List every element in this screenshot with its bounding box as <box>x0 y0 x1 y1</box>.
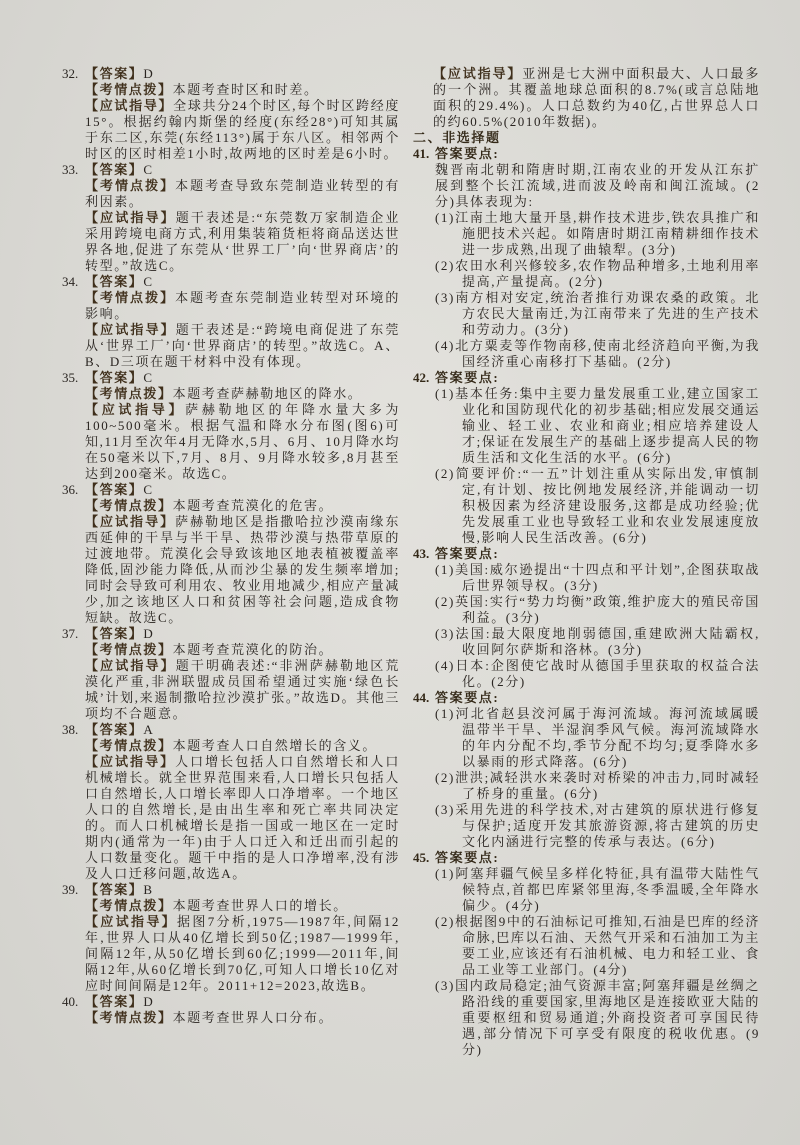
item-number: 45. <box>413 850 429 866</box>
answer-point: (1)河北省赵县洨河属于海河流域。海河流域属暖温带半干旱、半湿润季风气候。海河流… <box>435 706 760 770</box>
exam-point-label: 【考情点拨】 <box>85 82 173 97</box>
item-number: 32. <box>62 66 78 82</box>
exam-point-line: 【考情点拨】本题考查世界人口的增长。 <box>85 898 400 914</box>
exam-point-line: 【考情点拨】本题考查荒漠化的危害。 <box>85 498 400 514</box>
item-number: 35. <box>62 370 78 386</box>
answer-intro: 魏晋南北朝和隋唐时期,江南农业的开发从江东扩展到整个长江流域,进而波及岭南和闽江… <box>435 162 760 210</box>
answer-letter: C <box>143 482 153 497</box>
guidance-label: 【应试指导】 <box>85 402 185 417</box>
answer-point: (2)泄洪;减轻洪水来袭时对桥梁的冲击力,同时减轻了桥身的重量。(6分) <box>435 770 760 802</box>
item-number: 41. <box>413 146 429 162</box>
exam-point-text: 本题考查荒漠化的危害。 <box>173 498 334 513</box>
exam-point-line: 【考情点拨】本题考查时区和时差。 <box>85 82 400 98</box>
answer-label: 【答案】 <box>85 994 143 1009</box>
answer-letter: B <box>143 882 153 897</box>
right-column: 【应试指导】亚洲是七大洲中面积最大、人口最多的一个洲。其覆盖地球总面积的8.7%… <box>413 66 760 1058</box>
guidance-continuation: 【应试指导】亚洲是七大洲中面积最大、人口最多的一个洲。其覆盖地球总面积的8.7%… <box>413 66 760 130</box>
answer-point: (1)美国:威尔逊提出“十四点和平计划”,企图获取战后世界领导权。(3分) <box>435 562 760 594</box>
guidance-text: 人口增长包括人口自然增长和人口机械增长。就全世界范围来看,人口增长只包括人口自然… <box>85 754 400 881</box>
exam-point-label: 【考情点拨】 <box>85 290 175 305</box>
answer-line: 【答案】A <box>85 722 400 738</box>
answer-letter: C <box>143 162 153 177</box>
answer-point: (1)基本任务:集中主要力量发展重工业,建立国家工业化和国防现代化的初步基础;相… <box>435 386 760 466</box>
scanned-answer-key-page: 32. 【答案】D 【考情点拨】本题考查时区和时差。 【应试指导】全球共分24个… <box>0 0 800 1145</box>
item-number: 43. <box>413 546 429 562</box>
guidance-label: 【应试指导】 <box>85 658 176 673</box>
answer-letter: A <box>143 722 154 737</box>
key-points-heading: 答案要点: <box>435 690 499 705</box>
exam-point-text: 本题考查荒漠化的防治。 <box>173 642 334 657</box>
exam-point-text: 本题考查世界人口分布。 <box>173 1010 334 1025</box>
exam-point-line: 【考情点拨】本题考查萨赫勒地区的降水。 <box>85 386 400 402</box>
answer-line: 【答案】D <box>85 994 400 1010</box>
answer-line: 【答案】C <box>85 370 400 386</box>
answer-item-43: 43. 答案要点: (1)美国:威尔逊提出“十四点和平计划”,企图获取战后世界领… <box>413 546 760 690</box>
answer-point: (4)日本:企图使它战时从德国手里获取的权益合法化。(2分) <box>435 658 760 690</box>
guidance-label: 【应试指导】 <box>433 66 522 81</box>
guidance-line: 【应试指导】全球共分24个时区,每个时区跨经度15°。根据约翰内斯堡的经度(东经… <box>85 98 400 162</box>
answer-line: 【答案】C <box>85 482 400 498</box>
answer-item-38: 38. 【答案】A 【考情点拨】本题考查人口自然增长的含义。 【应试指导】人口增… <box>62 722 400 882</box>
exam-point-line: 【考情点拨】本题考查荒漠化的防治。 <box>85 642 400 658</box>
guidance-text: 萨赫勒地区是指撒哈拉沙漠南缘东西延伸的干旱与半干旱、热带沙漠与热带草原的过渡地带… <box>85 514 400 625</box>
exam-point-line: 【考情点拨】本题考查人口自然增长的含义。 <box>85 738 400 754</box>
answer-letter: C <box>143 370 153 385</box>
answer-label: 【答案】 <box>85 482 143 497</box>
answer-letter: D <box>143 66 154 81</box>
answer-point: (3)法国:最大限度地削弱德国,重建欧洲大陆霸权,收回阿尔萨斯和洛林。(3分) <box>435 626 760 658</box>
answer-point: (1)阿塞拜疆气候呈多样化特征,具有温带大陆性气候特点,首都巴库紧邻里海,冬季温… <box>435 866 760 914</box>
guidance-label: 【应试指导】 <box>85 98 173 113</box>
guidance-line: 【应试指导】题干明确表述:“非洲萨赫勒地区荒漠化严重,非洲联盟成员国希望通过实施… <box>85 658 400 722</box>
guidance-line: 【应试指导】人口增长包括人口自然增长和人口机械增长。就全世界范围来看,人口增长只… <box>85 754 400 882</box>
answer-label: 【答案】 <box>85 274 143 289</box>
answer-item-36: 36. 【答案】C 【考情点拨】本题考查荒漠化的危害。 【应试指导】萨赫勒地区是… <box>62 482 400 626</box>
answer-letter: D <box>143 994 154 1009</box>
exam-point-label: 【考情点拨】 <box>85 498 173 513</box>
guidance-line: 【应试指导】题干表述是:“跨境电商促进了东莞从‘世界工厂’向‘世界商店’的转型。… <box>85 322 400 370</box>
guidance-label: 【应试指导】 <box>85 754 175 769</box>
exam-point-label: 【考情点拨】 <box>85 386 173 401</box>
exam-point-label: 【考情点拨】 <box>85 178 175 193</box>
answer-point: (2)根据图9中的石油标记可推知,石油是巴库的经济命脉,巴库以石油、天然气开采和… <box>435 914 760 978</box>
item-number: 44. <box>413 690 429 706</box>
guidance-label: 【应试指导】 <box>85 914 177 929</box>
exam-point-line: 【考情点拨】本题考查世界人口分布。 <box>85 1010 400 1026</box>
answer-item-41: 41. 答案要点: 魏晋南北朝和隋唐时期,江南农业的开发从江东扩展到整个长江流域… <box>413 146 760 370</box>
answer-item-40: 40. 【答案】D 【考情点拨】本题考查世界人口分布。 <box>62 994 400 1026</box>
left-column: 32. 【答案】D 【考情点拨】本题考查时区和时差。 【应试指导】全球共分24个… <box>62 66 400 1026</box>
answer-point: (3)采用先进的科学技术,对古建筑的原状进行修复与保护;适度开发其旅游资源,将古… <box>435 802 760 850</box>
answer-point: (2)英国:实行“势力均衡”政策,维护庞大的殖民帝国利益。(3分) <box>435 594 760 626</box>
answer-label: 【答案】 <box>85 722 143 737</box>
item-number: 37. <box>62 626 78 642</box>
exam-point-text: 本题考查人口自然增长的含义。 <box>173 738 377 753</box>
answer-label: 【答案】 <box>85 882 143 897</box>
guidance-label: 【应试指导】 <box>85 322 176 337</box>
guidance-line: 【应试指导】据图7分析,1975—1987年,间隔12年,世界人口从40亿增长到… <box>85 914 400 994</box>
answer-point: (2)简要评价:“一五”计划注重从实际出发,审慎制定,有计划、按比例地发展经济,… <box>435 466 760 546</box>
guidance-label: 【应试指导】 <box>85 210 176 225</box>
answer-label: 【答案】 <box>85 162 143 177</box>
answer-label: 【答案】 <box>85 370 143 385</box>
answer-item-37: 37. 【答案】D 【考情点拨】本题考查荒漠化的防治。 【应试指导】题干明确表述… <box>62 626 400 722</box>
key-points-heading: 答案要点: <box>435 850 499 865</box>
exam-point-label: 【考情点拨】 <box>85 642 173 657</box>
answer-line: 【答案】C <box>85 274 400 290</box>
answer-letter: C <box>143 274 153 289</box>
guidance-line: 【应试指导】萨赫勒地区的年降水量大多为100~500毫米。根据气温和降水分布图(… <box>85 402 400 482</box>
answer-label: 【答案】 <box>85 626 143 641</box>
item-number: 40. <box>62 994 78 1010</box>
answer-point: (3)国内政局稳定;油气资源丰富;阿塞拜疆是丝绸之路沿线的重要国家,里海地区是连… <box>435 978 760 1058</box>
exam-point-label: 【考情点拨】 <box>85 898 173 913</box>
answer-point: (4)北方粟麦等作物南移,使南北经济趋向平衡,为我国经济重心南移打下基础。(2分… <box>435 338 760 370</box>
answer-letter: D <box>143 626 154 641</box>
answer-label: 【答案】 <box>85 66 143 81</box>
answer-item-32: 32. 【答案】D 【考情点拨】本题考查时区和时差。 【应试指导】全球共分24个… <box>62 66 400 162</box>
exam-point-text: 本题考查萨赫勒地区的降水。 <box>173 386 363 401</box>
item-number: 42. <box>413 370 429 386</box>
guidance-line: 【应试指导】萨赫勒地区是指撒哈拉沙漠南缘东西延伸的干旱与半干旱、热带沙漠与热带草… <box>85 514 400 626</box>
item-number: 39. <box>62 882 78 898</box>
item-number: 33. <box>62 162 78 178</box>
answer-line: 【答案】D <box>85 626 400 642</box>
answer-item-39: 39. 【答案】B 【考情点拨】本题考查世界人口的增长。 【应试指导】据图7分析… <box>62 882 400 994</box>
answer-item-45: 45. 答案要点: (1)阿塞拜疆气候呈多样化特征,具有温带大陆性气候特点,首都… <box>413 850 760 1058</box>
exam-point-text: 本题考查时区和时差。 <box>173 82 319 97</box>
answer-item-33: 33. 【答案】C 【考情点拨】本题考查导致东莞制造业转型的有利因素。 【应试指… <box>62 162 400 274</box>
exam-point-label: 【考情点拨】 <box>85 1010 173 1025</box>
item-number: 34. <box>62 274 78 290</box>
answer-item-42: 42. 答案要点: (1)基本任务:集中主要力量发展重工业,建立国家工业化和国防… <box>413 370 760 546</box>
key-points-heading: 答案要点: <box>435 146 499 161</box>
key-points-heading: 答案要点: <box>435 546 499 561</box>
guidance-label: 【应试指导】 <box>85 514 175 529</box>
answer-item-34: 34. 【答案】C 【考情点拨】本题考查东莞制造业转型对环境的影响。 【应试指导… <box>62 274 400 370</box>
answer-point: (3)南方相对安定,统治者推行劝课农桑的政策。北方农民大量南迁,为江南带来了先进… <box>435 290 760 338</box>
exam-point-line: 【考情点拨】本题考查东莞制造业转型对环境的影响。 <box>85 290 400 322</box>
item-number: 38. <box>62 722 78 738</box>
answer-line: 【答案】C <box>85 162 400 178</box>
answer-item-44: 44. 答案要点: (1)河北省赵县洨河属于海河流域。海河流域属暖温带半干旱、半… <box>413 690 760 850</box>
answer-point: (2)农田水利兴修较多,农作物品种增多,土地利用率提高,产量提高。(2分) <box>435 258 760 290</box>
exam-point-text: 本题考查世界人口的增长。 <box>173 898 348 913</box>
key-points-heading: 答案要点: <box>435 370 499 385</box>
section-heading-non-choice: 二、非选择题 <box>413 130 760 146</box>
exam-point-line: 【考情点拨】本题考查导致东莞制造业转型的有利因素。 <box>85 178 400 210</box>
item-number: 36. <box>62 482 78 498</box>
answer-line: 【答案】B <box>85 882 400 898</box>
answer-point: (1)江南土地大量开垦,耕作技术进步,铁农具推广和施肥技术兴起。如隋唐时期江南精… <box>435 210 760 258</box>
answer-item-35: 35. 【答案】C 【考情点拨】本题考查萨赫勒地区的降水。 【应试指导】萨赫勒地… <box>62 370 400 482</box>
guidance-line: 【应试指导】题干表述是:“东莞数万家制造企业采用跨境电商方式,利用集装箱货柜将商… <box>85 210 400 274</box>
answer-line: 【答案】D <box>85 66 400 82</box>
exam-point-label: 【考情点拨】 <box>85 738 173 753</box>
